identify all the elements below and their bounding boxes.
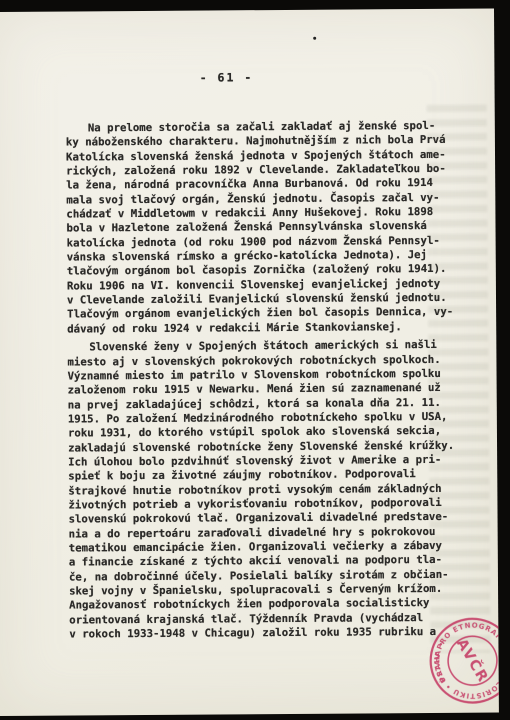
typewritten-text-block: Na prelome storočia sa začali zakladať a… — [66, 119, 462, 642]
round-stamp-icon: ÚSTAV PRO ETNOGRAFII A FOLKLORISTIKU • P… — [426, 614, 499, 707]
text-line: v rokoch 1933-1948 v Chicagu) založil ro… — [69, 625, 461, 642]
scanned-page: - 61 - Na prelome storočia sa začali zak… — [0, 9, 499, 716]
stamp-center-text: AVČR — [453, 635, 493, 686]
scanned-document-photo: { "page": { "page_number": "- 61 -", "pa… — [0, 0, 510, 720]
text-line: dávaný od roku 1924 v redakcii Márie Sta… — [67, 320, 459, 337]
institution-stamp: ÚSTAV PRO ETNOGRAFII A FOLKLORISTIKU • P… — [426, 614, 499, 707]
paragraph: Slovenské ženy v Spojených štátoch ameri… — [67, 338, 461, 642]
paragraph: Na prelome storočia sa začali zakladať a… — [66, 119, 459, 337]
page-number: - 61 - — [0, 69, 458, 86]
ink-speck — [313, 37, 316, 40]
